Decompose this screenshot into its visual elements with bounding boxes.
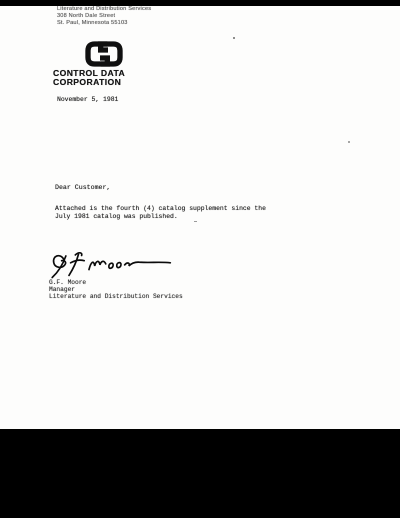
control-data-logo-icon [84,40,124,68]
letter-date: November 5, 1981 [57,96,118,103]
address-line: 308 North Dale Street [57,13,151,20]
letterhead-address: Literature and Distribution Services 308… [57,6,151,27]
scan-edge-bottom [0,429,400,518]
letter-body: Attached is the fourth (4) catalog suppl… [55,205,266,221]
scanned-letter: Literature and Distribution Services 308… [0,0,400,518]
letterhead-logo-text: CONTROL DATA CORPORATION [53,69,143,86]
address-line: St. Paul, Minnesota 55103 [57,20,151,27]
typed-name: G.F. Moore [49,279,183,286]
scan-speck [194,221,197,222]
salutation: Dear Customer, [55,184,110,191]
typed-department: Literature and Distribution Services [49,293,183,300]
scan-speck [233,37,235,39]
signature-block: G.F. Moore Manager Literature and Distri… [49,279,183,300]
scan-speck [348,141,350,143]
body-line: July 1981 catalog was published. [55,213,266,221]
body-line: Attached is the fourth (4) catalog suppl… [55,205,266,213]
typed-title: Manager [49,286,183,293]
address-line: Literature and Distribution Services [57,6,151,13]
logo-text-line: CORPORATION [53,78,143,87]
